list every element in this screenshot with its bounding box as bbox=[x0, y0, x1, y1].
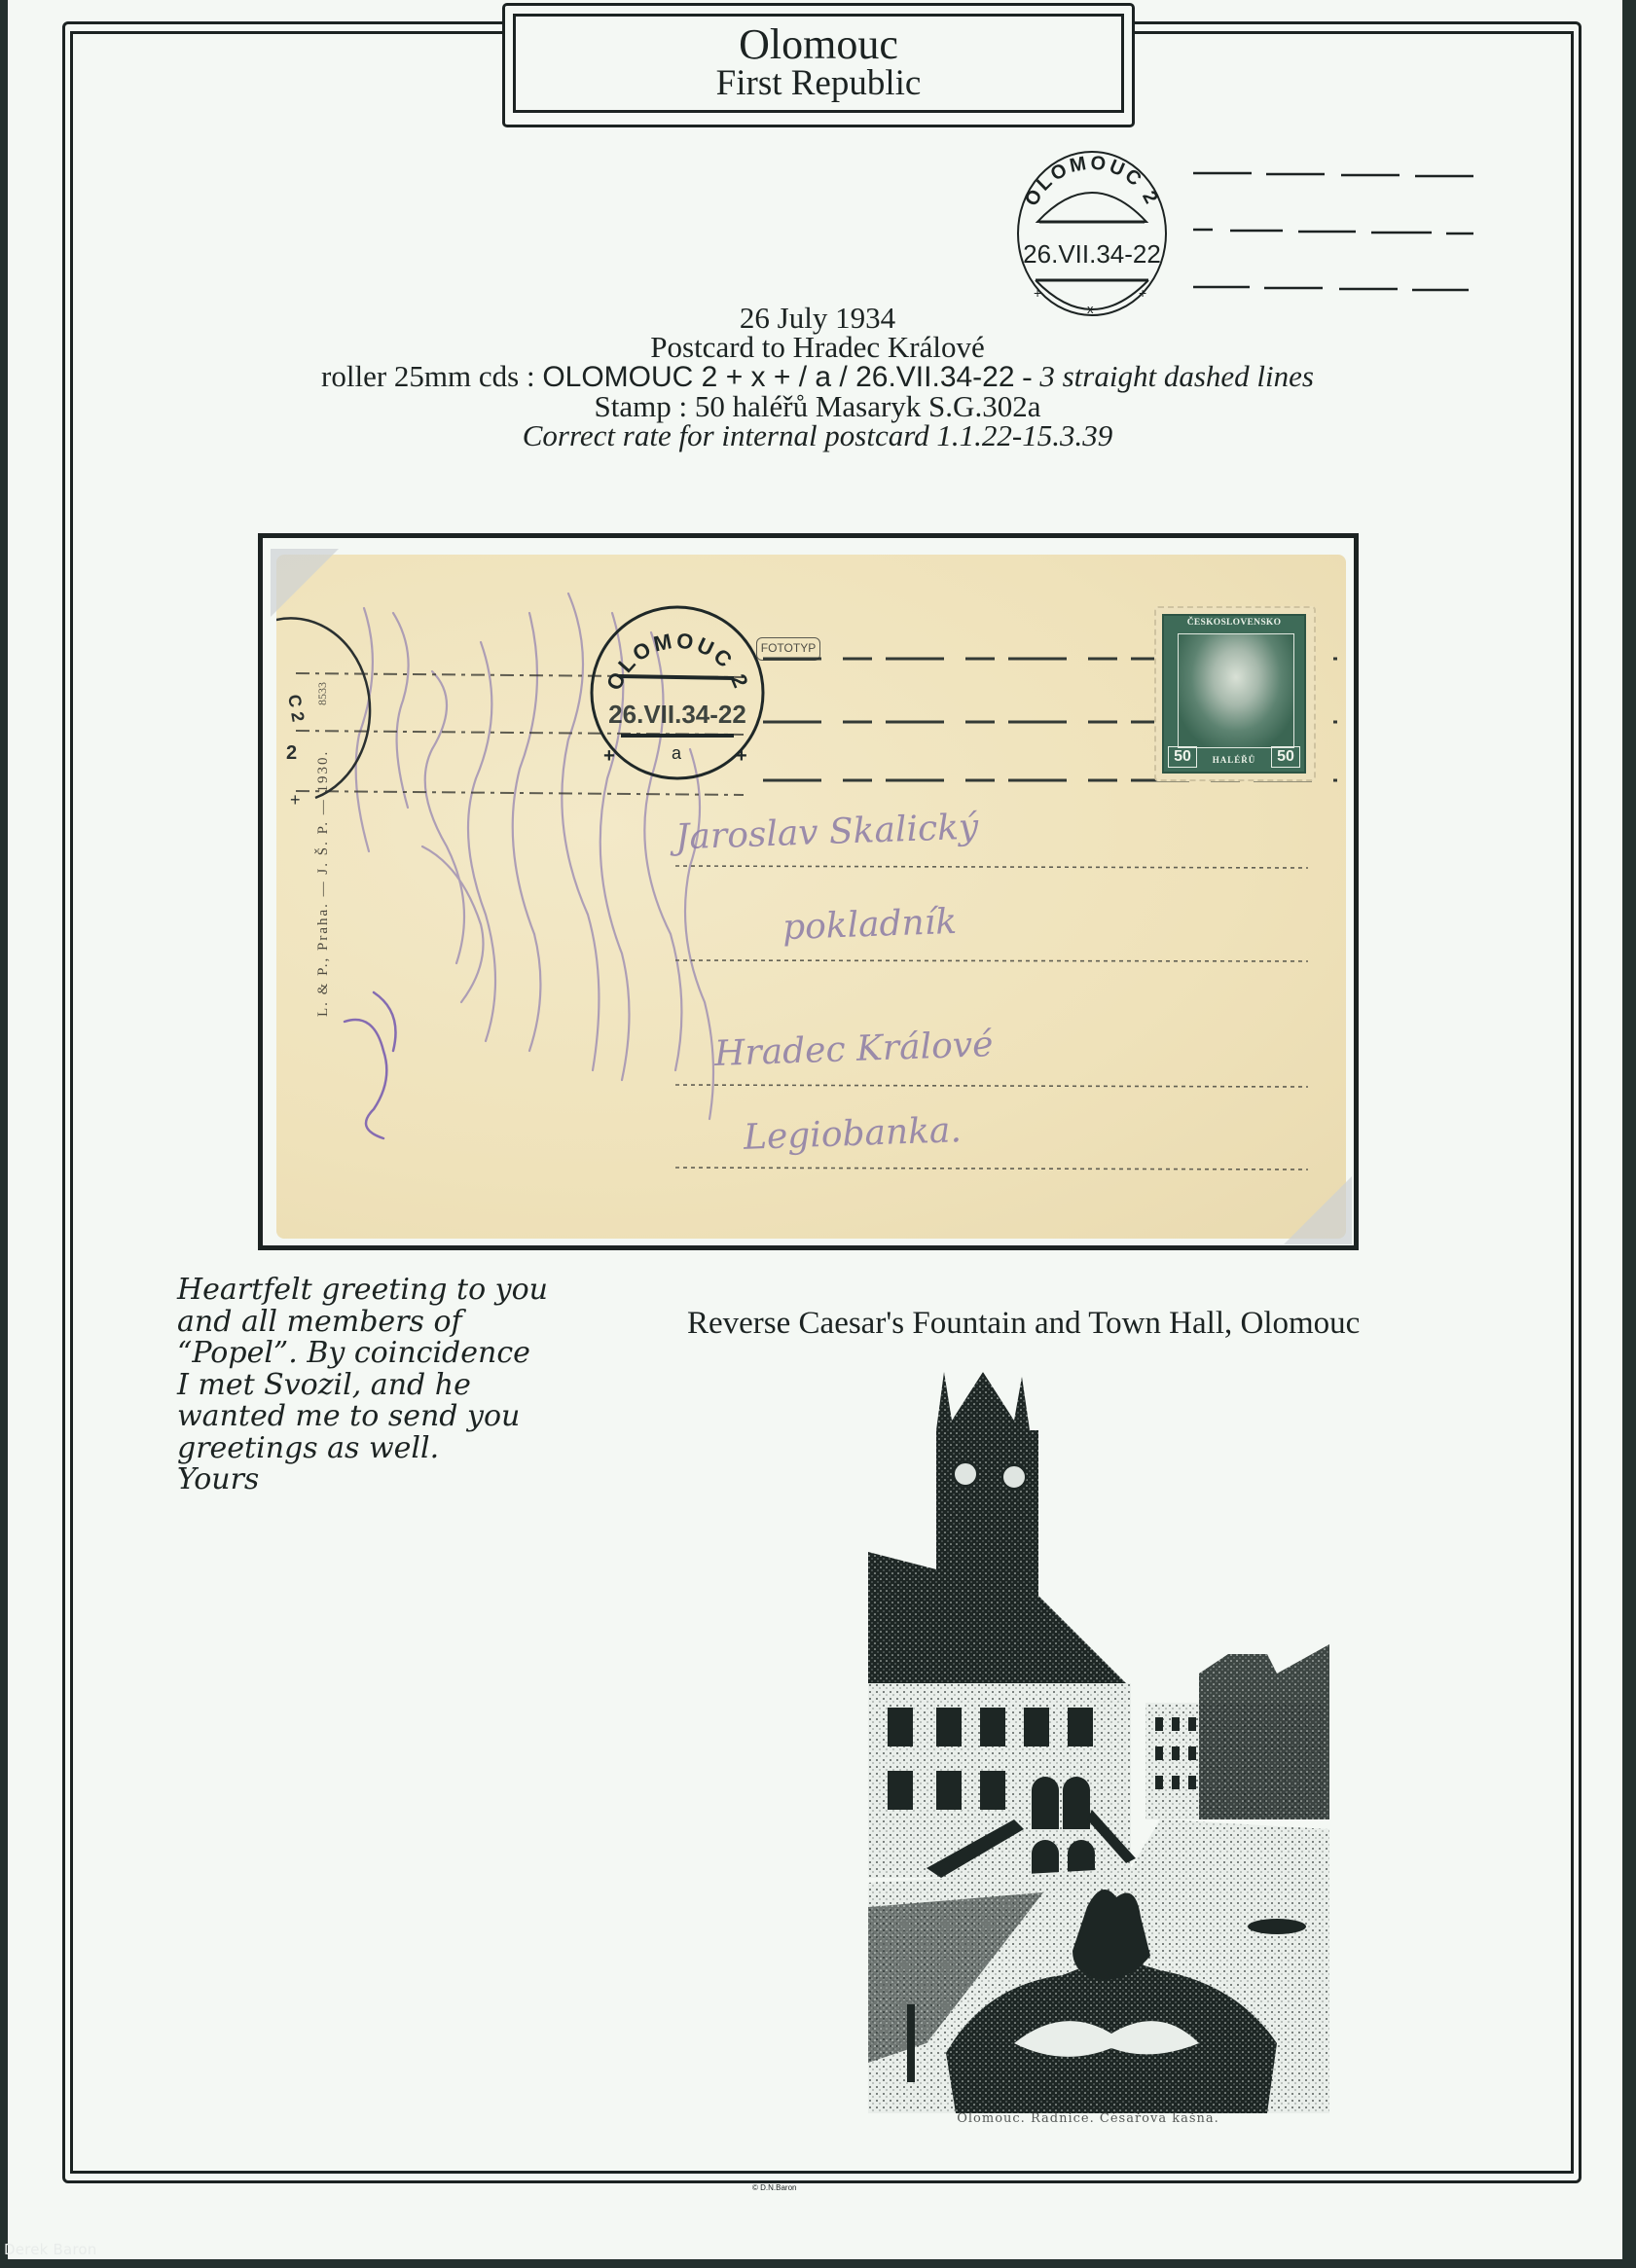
dashed-lines-illustration bbox=[1193, 165, 1475, 311]
scan-edge-left bbox=[0, 0, 8, 2268]
translation-line: Heartfelt greeting to you bbox=[177, 1275, 664, 1307]
postcard-mount: FOTOTYP bbox=[258, 533, 1359, 1250]
translation-line: Yours bbox=[177, 1464, 664, 1496]
description-cancel: roller 25mm cds : OLOMOUC 2 + x + / a / … bbox=[146, 362, 1489, 392]
translation-line: “Popel”. By coincidence bbox=[177, 1338, 664, 1370]
postmark-date: 26.VII.34-22 bbox=[608, 700, 746, 729]
page-title: Olomouc bbox=[739, 24, 898, 65]
svg-text:+: + bbox=[1034, 285, 1041, 301]
title-box-inner: Olomouc First Republic bbox=[513, 14, 1124, 113]
description-stamp: Stamp : 50 haléřů Masaryk S.G.302a bbox=[146, 392, 1489, 421]
cancel-date-text: 26.VII.34-22 bbox=[1023, 239, 1161, 269]
address-line: pokladník bbox=[782, 902, 957, 948]
address-line: Legiobanka. bbox=[743, 1110, 962, 1158]
stamp-country: ČESKOSLOVENSKO bbox=[1164, 618, 1304, 628]
printer-imprint: L. & P., Praha. — J. Š. P. — 1930. bbox=[315, 750, 332, 1017]
translation-line: greetings as well. bbox=[177, 1433, 664, 1465]
svg-text:2: 2 bbox=[286, 742, 297, 764]
watermark: Derek Baron bbox=[4, 2241, 97, 2258]
svg-text:OLOMOUC 2: OLOMOUC 2 bbox=[601, 629, 754, 695]
postmark-letter: a bbox=[672, 743, 682, 763]
stamp-value-right: 50 bbox=[1271, 746, 1300, 768]
reverse-caption: Reverse Caesar's Fountain and Town Hall,… bbox=[687, 1306, 1514, 1342]
description-rate: Correct rate for internal postcard 1.1.2… bbox=[146, 421, 1489, 450]
masaryk-portrait-icon bbox=[1178, 633, 1294, 748]
description-date: 26 July 1934 bbox=[146, 304, 1489, 333]
svg-text:C 2: C 2 bbox=[284, 693, 309, 723]
svg-text:OLOMOUC 2: OLOMOUC 2 bbox=[1021, 152, 1163, 209]
svg-text:+: + bbox=[603, 745, 615, 767]
translation-line: and all members of bbox=[177, 1307, 664, 1339]
description-item: Postcard to Hradec Králové bbox=[146, 333, 1489, 362]
postcard: FOTOTYP bbox=[276, 555, 1346, 1239]
cancel-town-text: OLOMOUC 2 bbox=[1021, 152, 1163, 209]
page-subtitle: First Republic bbox=[716, 65, 922, 102]
cancel-illustration: OLOMOUC 2 26.VII.34-22 + + x bbox=[1010, 144, 1174, 319]
copyright: © D.N.Baron bbox=[752, 2183, 796, 2192]
translation-line: wanted me to send you bbox=[177, 1401, 664, 1433]
postage-stamp: ČESKOSLOVENSKO 50 HALÉŘŮ 50 bbox=[1154, 606, 1316, 781]
scan-edge-bottom bbox=[0, 2259, 1636, 2268]
postmark-town: OLOMOUC 2 bbox=[601, 629, 754, 695]
item-description: 26 July 1934 Postcard to Hradec Králové … bbox=[146, 304, 1489, 450]
stamp-design: ČESKOSLOVENSKO 50 HALÉŘŮ 50 bbox=[1162, 614, 1306, 774]
photo-caption: Olomouc. Radnice. Césařova kašna. bbox=[854, 2111, 1322, 2126]
message-translation: Heartfelt greeting to you and all member… bbox=[177, 1275, 664, 1496]
scan-edge-right bbox=[1622, 0, 1636, 2268]
translation-line: I met Svozil, and he bbox=[177, 1370, 664, 1402]
town-hall-fountain-photo bbox=[868, 1362, 1329, 2113]
svg-text:+: + bbox=[290, 790, 301, 810]
card-serial-number: 8533 bbox=[315, 682, 330, 705]
svg-text:+: + bbox=[736, 745, 747, 767]
title-box: Olomouc First Republic bbox=[502, 3, 1135, 127]
svg-text:+: + bbox=[1139, 285, 1146, 301]
